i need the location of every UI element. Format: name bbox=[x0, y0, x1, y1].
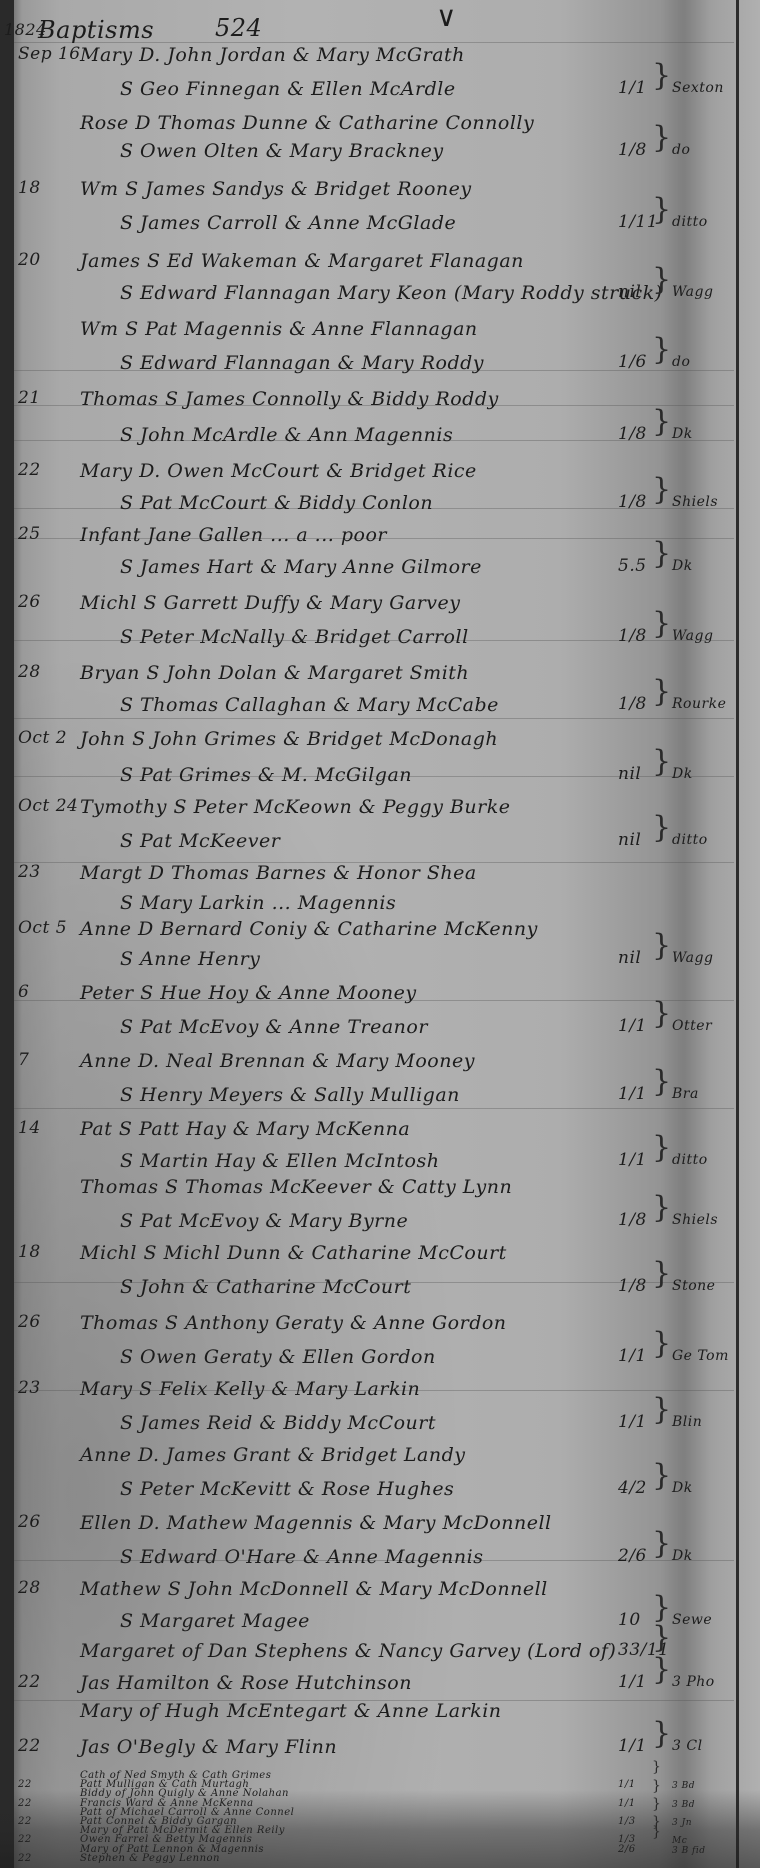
brace-icon: } bbox=[652, 1716, 672, 1751]
brace-icon: } bbox=[652, 1190, 672, 1225]
brace-icon: } bbox=[652, 1759, 661, 1775]
entry-date: 26 bbox=[18, 1312, 41, 1332]
entry-date: 21 bbox=[18, 388, 41, 408]
brace-icon: } bbox=[652, 1130, 672, 1165]
fee-amount: 1/8 bbox=[618, 1210, 647, 1230]
ruled-line bbox=[14, 1108, 734, 1109]
officiant-note: ditto bbox=[672, 214, 708, 230]
entry-date: 22 bbox=[18, 1672, 41, 1692]
entry-date: Oct 2 bbox=[18, 728, 67, 748]
officiant-note: 3 Cl bbox=[672, 1738, 703, 1754]
entry-date: 28 bbox=[18, 1578, 41, 1598]
sponsors-line: S Pat Grimes & M. McGilgan bbox=[120, 764, 412, 786]
fee-amount: 1/8 bbox=[618, 424, 647, 444]
child-parents-line: Margaret of Dan Stephens & Nancy Garvey … bbox=[80, 1640, 616, 1662]
sponsors-line: S Martin Hay & Ellen McIntosh bbox=[120, 1150, 439, 1172]
fee-amount: 4/2 bbox=[618, 1478, 647, 1498]
register-page: 1824 Baptisms 524 ∨ Sep 16Mary D. John J… bbox=[0, 0, 760, 1868]
brace-icon: } bbox=[652, 332, 672, 367]
fee-amount: 1/1 bbox=[618, 1412, 647, 1432]
fee-amount: 1/6 bbox=[618, 352, 647, 372]
child-parents-line: Anne D. James Grant & Bridget Landy bbox=[80, 1444, 466, 1466]
entry-date: 23 bbox=[18, 862, 41, 882]
fee-amount: 1/8 bbox=[618, 694, 647, 714]
sponsors-line: S Peter McNally & Bridget Carroll bbox=[120, 626, 469, 648]
child-parents-line: Mathew S John McDonnell & Mary McDonnell bbox=[80, 1578, 548, 1600]
child-parents-line: Pat S Patt Hay & Mary McKenna bbox=[80, 1118, 410, 1140]
officiant-note: Sewe bbox=[672, 1612, 712, 1628]
officiant-note: Ge Tom bbox=[672, 1348, 729, 1364]
officiant-note: Wagg bbox=[672, 950, 713, 966]
brace-icon: } bbox=[652, 1652, 672, 1687]
child-parents-line: Tymothy S Peter McKeown & Peggy Burke bbox=[80, 796, 511, 818]
fee-amount: 1/1 bbox=[618, 1084, 647, 1104]
child-parents-line: John S John Grimes & Bridget McDonagh bbox=[80, 728, 498, 750]
officiant-note: do bbox=[672, 142, 690, 158]
officiant-note: Shiels bbox=[672, 1212, 718, 1228]
entry-date: 6 bbox=[18, 982, 29, 1002]
child-parents-line: Jas Hamilton & Rose Hutchinson bbox=[80, 1672, 412, 1694]
fee-amount: 2/6 bbox=[618, 1546, 647, 1566]
child-parents-line: Michl S Garrett Duffy & Mary Garvey bbox=[80, 592, 461, 614]
brace-icon: } bbox=[652, 404, 672, 439]
entry-date: 26 bbox=[18, 1512, 41, 1532]
sponsors-line: S Pat McKeever bbox=[120, 830, 280, 852]
sponsors-line: S Margaret Magee bbox=[120, 1610, 310, 1632]
officiant-note: Dk bbox=[672, 1548, 693, 1564]
ruled-line bbox=[14, 718, 734, 719]
officiant-note: Stone bbox=[672, 1278, 715, 1294]
sponsors-line: S Edward Flannagan & Mary Roddy bbox=[120, 352, 484, 374]
child-parents-line: Rose D Thomas Dunne & Catharine Connolly bbox=[80, 112, 534, 134]
brace-icon: } bbox=[652, 606, 672, 641]
officiant-note: 3 Pho bbox=[672, 1674, 715, 1690]
fee-amount: 1/1 bbox=[618, 78, 647, 98]
child-parents-line: Mary D. John Jordan & Mary McGrath bbox=[80, 44, 465, 66]
entry-date: 22 bbox=[18, 460, 41, 480]
child-parents-line: Thomas S Thomas McKeever & Catty Lynn bbox=[80, 1176, 512, 1198]
officiant-note: ditto bbox=[672, 1152, 708, 1168]
brace-icon: } bbox=[652, 928, 672, 963]
sponsors-line: S Pat McEvoy & Anne Treanor bbox=[120, 1016, 428, 1038]
brace-icon: } bbox=[652, 1458, 672, 1493]
officiant-note: ditto bbox=[672, 832, 708, 848]
officiant-note: Dk bbox=[672, 558, 693, 574]
sponsors-line: S Mary Larkin ... Magennis bbox=[120, 892, 396, 914]
brace-icon: } bbox=[652, 1620, 672, 1655]
child-parents-line: Thomas S Anthony Geraty & Anne Gordon bbox=[80, 1312, 507, 1334]
fee-amount: nil bbox=[618, 948, 641, 968]
fee-amount: nil bbox=[618, 830, 641, 850]
child-parents-line: Jas O'Begly & Mary Flinn bbox=[80, 1736, 337, 1758]
fee-amount: 1/1 bbox=[618, 1736, 647, 1756]
sponsors-line: S Edward O'Hare & Anne Magennis bbox=[120, 1546, 483, 1568]
page-bottom-shadow bbox=[0, 1790, 760, 1868]
brace-icon: } bbox=[652, 1392, 672, 1427]
child-parents-line: Wm S Pat Magennis & Anne Flannagan bbox=[80, 318, 478, 340]
fee-amount: 10 bbox=[618, 1610, 641, 1630]
officiant-note: do bbox=[672, 354, 690, 370]
sponsors-line: S Pat McEvoy & Mary Byrne bbox=[120, 1210, 408, 1232]
brace-icon: } bbox=[652, 674, 672, 709]
child-parents-line: Anne D Bernard Coniy & Catharine McKenny bbox=[80, 918, 538, 940]
officiant-note: Otter bbox=[672, 1018, 712, 1034]
fee-amount: nil bbox=[618, 282, 641, 302]
officiant-note: Wagg bbox=[672, 284, 713, 300]
fee-amount: 1/8 bbox=[618, 140, 647, 160]
officiant-note: Rourke bbox=[672, 696, 726, 712]
page-number: 524 bbox=[215, 14, 262, 42]
officiant-note: Blin bbox=[672, 1414, 702, 1430]
fee-amount: nil bbox=[618, 764, 641, 784]
sponsors-line: S Owen Geraty & Ellen Gordon bbox=[120, 1346, 436, 1368]
sponsors-line: S Thomas Callaghan & Mary McCabe bbox=[120, 694, 499, 716]
child-parents-line: Mary of Hugh McEntegart & Anne Larkin bbox=[80, 1700, 502, 1722]
child-parents-line: Michl S Michl Dunn & Catharine McCourt bbox=[80, 1242, 507, 1264]
child-parents-line: Mary S Felix Kelly & Mary Larkin bbox=[80, 1378, 420, 1400]
brace-icon: } bbox=[652, 120, 672, 155]
child-parents-line: Bryan S John Dolan & Margaret Smith bbox=[80, 662, 469, 684]
child-parents-line: James S Ed Wakeman & Margaret Flanagan bbox=[80, 250, 524, 272]
entry-date: 22 bbox=[18, 1779, 32, 1790]
fee-amount: 1/8 bbox=[618, 1276, 647, 1296]
fee-amount: 1/8 bbox=[618, 626, 647, 646]
fee-amount: 1/1 bbox=[618, 1346, 647, 1366]
brace-icon: } bbox=[652, 1256, 672, 1291]
entry-date: 25 bbox=[18, 524, 41, 544]
officiant-note: Shiels bbox=[672, 494, 718, 510]
fee-amount: 1/1 bbox=[618, 1016, 647, 1036]
officiant-note: Wagg bbox=[672, 628, 713, 644]
sponsors-line: S John & Catharine McCourt bbox=[120, 1276, 411, 1298]
entry-date: Sep 16 bbox=[18, 44, 81, 64]
sponsors-line: S Geo Finnegan & Ellen McArdle bbox=[120, 78, 456, 100]
entry-date: Oct 5 bbox=[18, 918, 67, 938]
brace-icon: } bbox=[652, 472, 672, 507]
child-parents-line: Margt D Thomas Barnes & Honor Shea bbox=[80, 862, 477, 884]
sponsors-line: S Peter McKevitt & Rose Hughes bbox=[120, 1478, 454, 1500]
right-margin-rule bbox=[736, 0, 739, 1868]
entry-date: 14 bbox=[18, 1118, 41, 1138]
child-parents-line: Peter S Hue Hoy & Anne Mooney bbox=[80, 982, 417, 1004]
sponsors-line: S Anne Henry bbox=[120, 948, 260, 970]
entry-date: 7 bbox=[18, 1050, 29, 1070]
entry-date: 26 bbox=[18, 592, 41, 612]
brace-icon: } bbox=[652, 744, 672, 779]
brace-icon: } bbox=[652, 996, 672, 1031]
entry-date: 18 bbox=[18, 178, 41, 198]
brace-icon: } bbox=[652, 58, 672, 93]
sponsors-line: S Pat McCourt & Biddy Conlon bbox=[120, 492, 433, 514]
officiant-note: Dk bbox=[672, 1480, 693, 1496]
sponsors-line: S Henry Meyers & Sally Mulligan bbox=[120, 1084, 460, 1106]
fee-amount: 1/1 bbox=[618, 1150, 647, 1170]
child-parents-line: Wm S James Sandys & Bridget Rooney bbox=[80, 178, 472, 200]
brace-icon: } bbox=[652, 536, 672, 571]
fee-amount: 1/1 bbox=[618, 1779, 636, 1790]
page-title: Baptisms bbox=[38, 16, 154, 44]
officiant-note: Sexton bbox=[672, 80, 724, 96]
check-mark-icon: ∨ bbox=[436, 0, 457, 33]
entry-date: 20 bbox=[18, 250, 41, 270]
entry-date: 28 bbox=[18, 662, 41, 682]
brace-icon: } bbox=[652, 262, 672, 297]
fee-amount: 5.5 bbox=[618, 556, 647, 576]
child-parents-line: Thomas S James Connolly & Biddy Roddy bbox=[80, 388, 499, 410]
entry-date: Oct 24 bbox=[18, 796, 78, 816]
child-parents-line: Infant Jane Gallen ... a ... poor bbox=[80, 524, 387, 546]
fee-amount: 1/1 bbox=[618, 1672, 647, 1692]
child-parents-line: Ellen D. Mathew Magennis & Mary McDonnel… bbox=[80, 1512, 552, 1534]
sponsors-line: S Owen Olten & Mary Brackney bbox=[120, 140, 444, 162]
sponsors-line: S Edward Flannagan Mary Keon (Mary Roddy… bbox=[120, 282, 663, 304]
entry-date: 23 bbox=[18, 1378, 41, 1398]
brace-icon: } bbox=[652, 1526, 672, 1561]
sponsors-line: S James Hart & Mary Anne Gilmore bbox=[120, 556, 482, 578]
brace-icon: } bbox=[652, 1064, 672, 1099]
brace-icon: } bbox=[652, 810, 672, 845]
entry-date: 18 bbox=[18, 1242, 41, 1262]
entry-date: 22 bbox=[18, 1736, 41, 1756]
brace-icon: } bbox=[652, 1326, 672, 1361]
officiant-note: Dk bbox=[672, 766, 693, 782]
officiant-note: Dk bbox=[672, 426, 693, 442]
officiant-note: Bra bbox=[672, 1086, 699, 1102]
sponsors-line: S James Carroll & Anne McGlade bbox=[120, 212, 456, 234]
child-parents-line: Anne D. Neal Brennan & Mary Mooney bbox=[80, 1050, 475, 1072]
child-parents-line: Mary D. Owen McCourt & Bridget Rice bbox=[80, 460, 477, 482]
sponsors-line: S John McArdle & Ann Magennis bbox=[120, 424, 453, 446]
brace-icon: } bbox=[652, 192, 672, 227]
binding-edge bbox=[0, 0, 14, 1868]
sponsors-line: S James Reid & Biddy McCourt bbox=[120, 1412, 436, 1434]
fee-amount: 1/8 bbox=[618, 492, 647, 512]
